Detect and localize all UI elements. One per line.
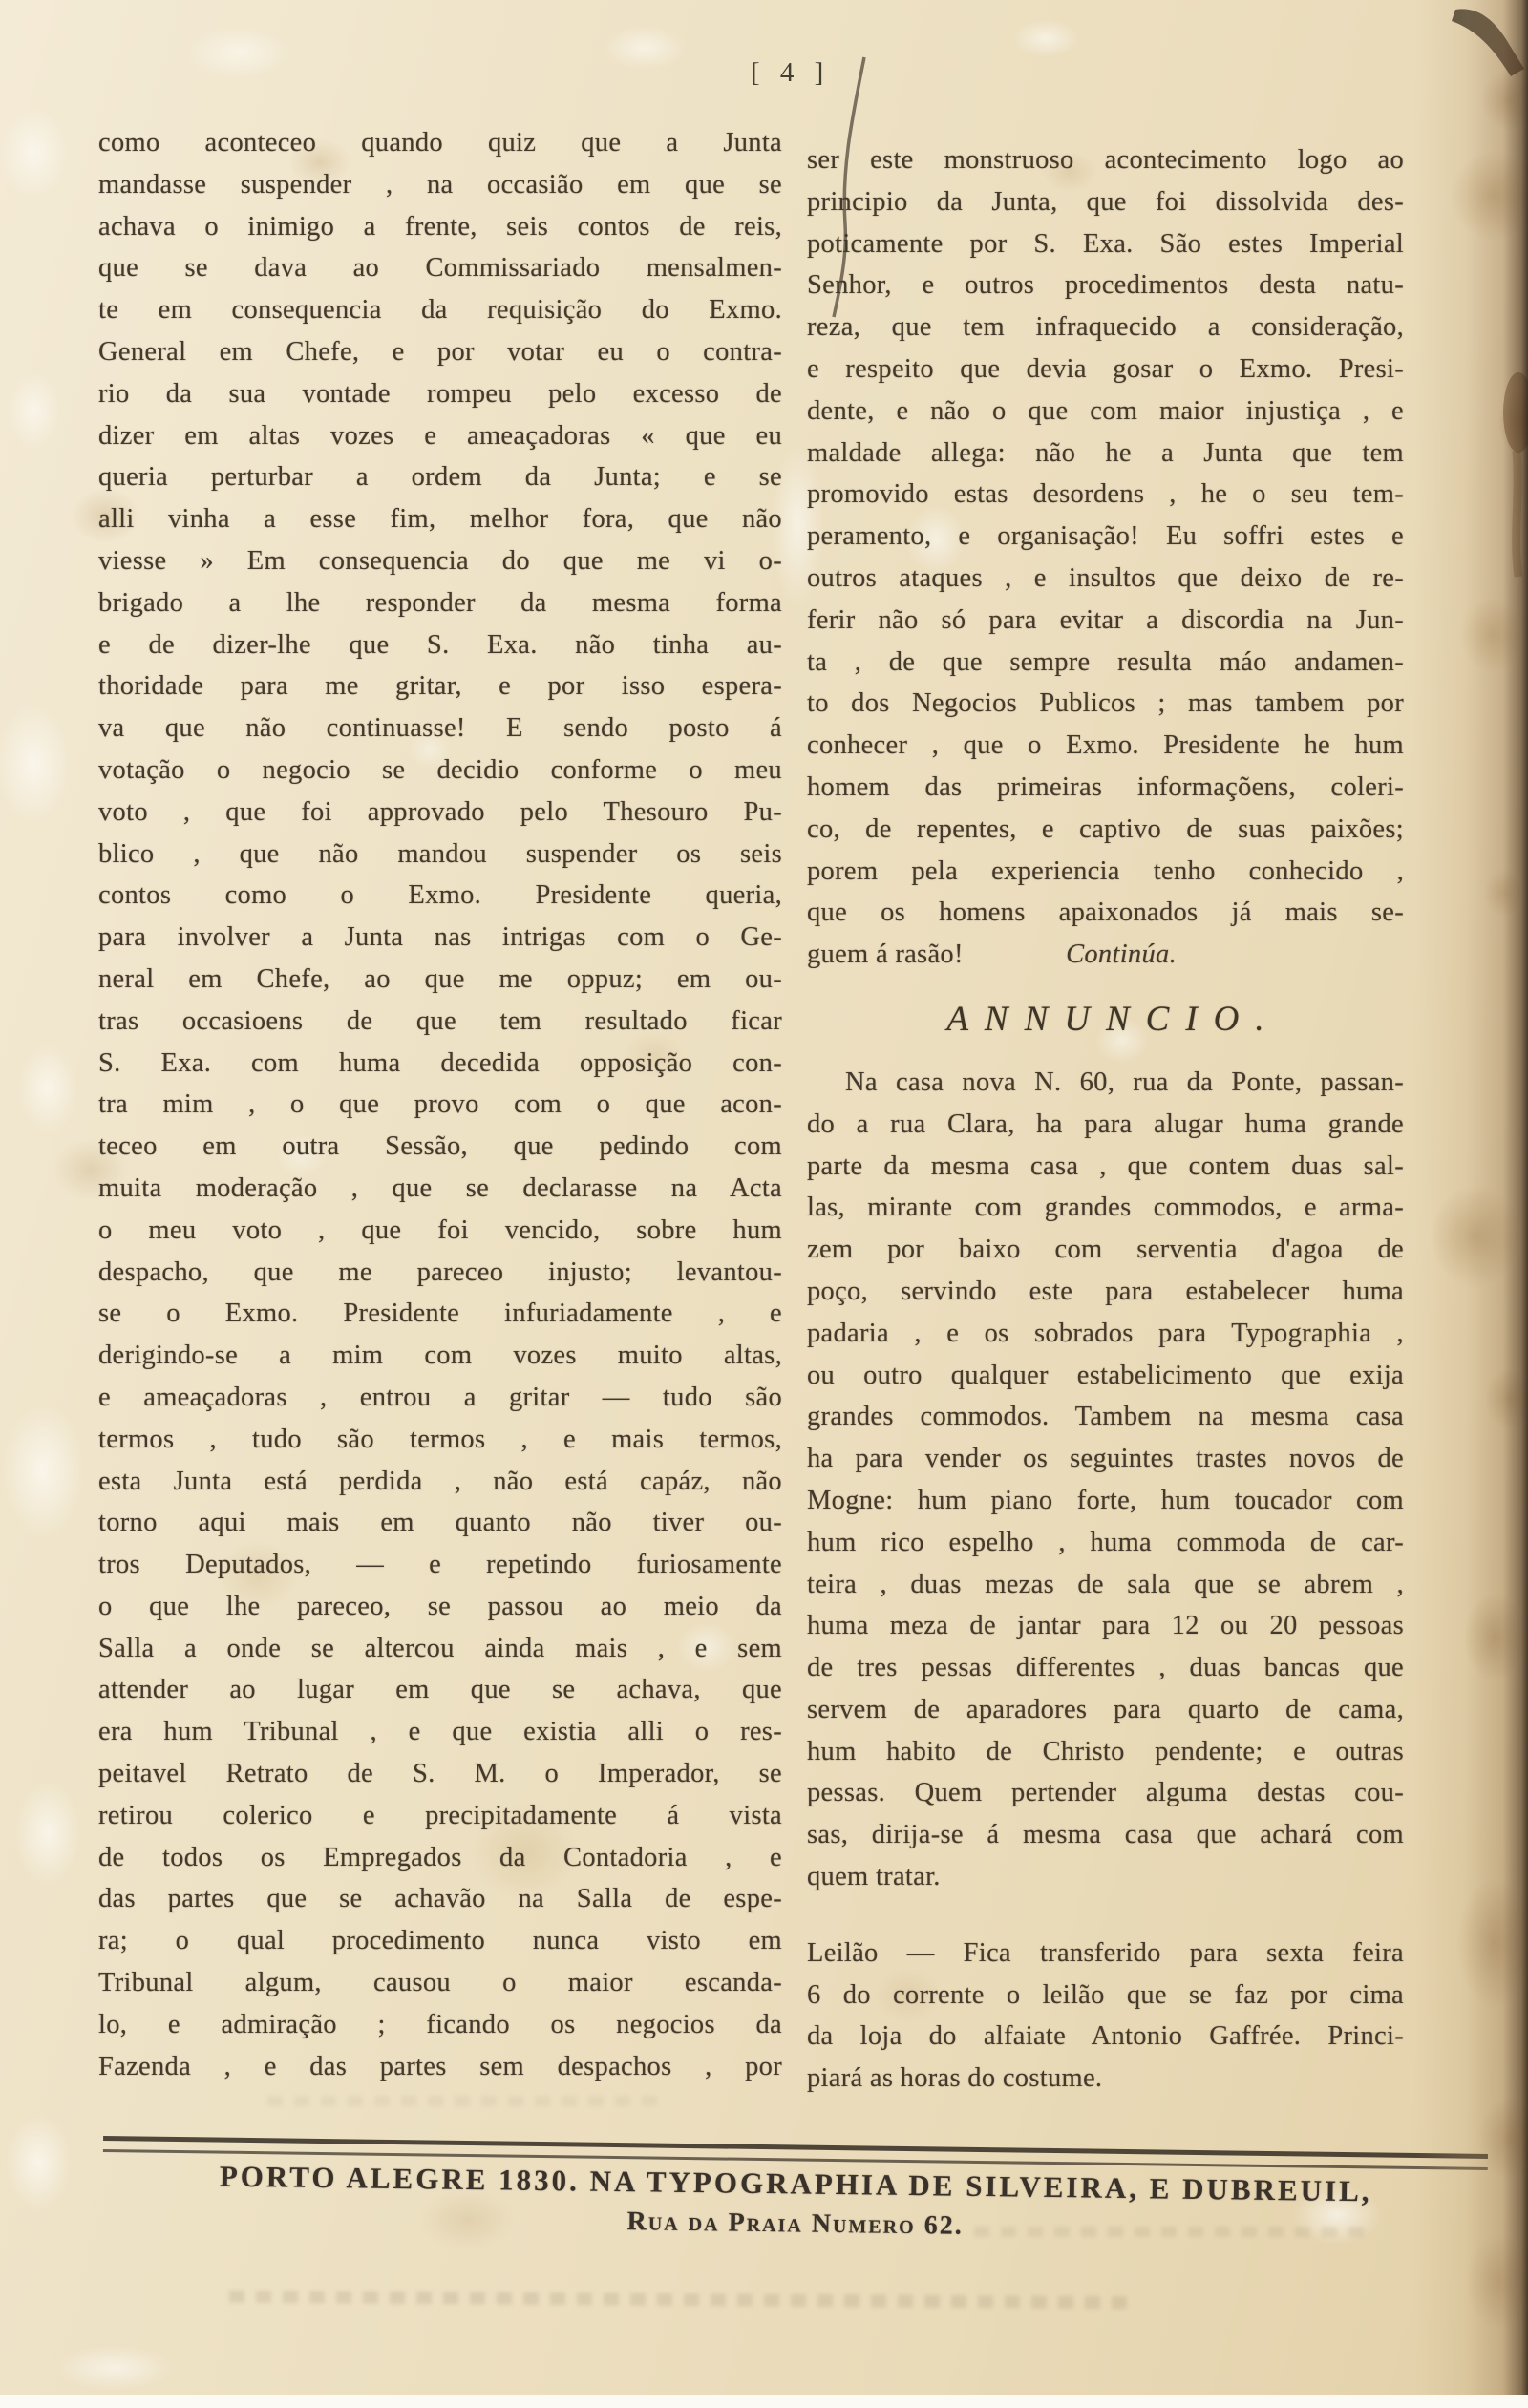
text-line: mandasse suspender , na occasião em que … (98, 164, 782, 206)
text-line: teceo em outra Sessão, que pedindo com (98, 1126, 782, 1168)
edge-stain-blob (1503, 372, 1528, 453)
text-line: derigindo-se a mim com vozes muito altas… (98, 1335, 782, 1377)
text-line: retirou colerico e precipitadamente á vi… (98, 1795, 782, 1837)
text-line: rio da sua vontade rompeu pelo excesso d… (98, 373, 782, 415)
text-line: e respeito que devia gosar o Exmo. Presi… (807, 349, 1404, 391)
text-line: Salla a onde se altercou ainda mais , e … (98, 1628, 782, 1670)
edge-stain-streak (1517, 451, 1518, 577)
text-line: padaria , e os sobrados para Typographia… (807, 1313, 1404, 1355)
left-column: como aconteceo quando quiz que a Juntama… (98, 122, 782, 2087)
text-line: guem á rasão!Continúa. (807, 934, 1404, 976)
text-line: blico , que não mandou suspender os seis (98, 834, 782, 876)
text-line: ser este monstruoso acontecimento logo a… (807, 139, 1404, 181)
text-line: alli vinha a esse fim, melhor fora, que … (98, 498, 782, 540)
text-line: tras occasioens de que tem resultado fic… (98, 1001, 782, 1043)
bleedthrough-text-smudge (229, 2291, 1136, 2310)
text-line: reza, que tem infraquecido a consideraçã… (807, 306, 1404, 349)
text-line: poço, servindo este para estabelecer hum… (807, 1271, 1404, 1313)
text-line: S. Exa. com huma decedida opposição con- (98, 1043, 782, 1085)
text-line: achava o inimigo a frente, seis contos d… (98, 206, 782, 248)
text-line: teira , duas mezas de sala que se abrem … (807, 1564, 1404, 1606)
text-line: piará as horas do costume. (807, 2058, 1404, 2100)
text-line: lo, e admiração ; ficando os negocios da (98, 2004, 782, 2046)
text-line: se o Exmo. Presidente infuriadamente , e (98, 1293, 782, 1335)
text-line: neral em Chefe, ao que me oppuz; em ou- (98, 959, 782, 1001)
text-line: de tres pessas differentes , duas bancas… (807, 1647, 1404, 1689)
text-line: esta Junta está perdida , não está capáz… (98, 1461, 782, 1503)
text-line: principio da Junta, que foi dissolvida d… (807, 181, 1404, 223)
text-line: o meu voto , que foi vencido, sobre hum (98, 1210, 782, 1252)
text-line: huma meza de jantar para 12 ou 20 pessoa… (807, 1605, 1404, 1647)
text-line: Fazenda , e das partes sem despachos , p… (98, 2046, 782, 2088)
text-line: tra mim , o que provo com o que acon- (98, 1084, 782, 1126)
text-line: Senhor, e outros procedimentos desta nat… (807, 264, 1404, 306)
text-line: tros Deputados, — e repetindo furiosamen… (98, 1544, 782, 1586)
text-line: Leilão — Fica transferido para sexta fei… (807, 1933, 1404, 1975)
text-fragment: guem á rasão! (807, 934, 964, 976)
text-line: outros ataques , e insultos que deixo de… (807, 558, 1404, 600)
text-line: voto , que foi approvado pelo Thesouro P… (98, 792, 782, 834)
text-line: e de dizer-lhe que S. Exa. não tinha au- (98, 624, 782, 666)
text-line: sas, dirija-se á mesma casa que achará c… (807, 1814, 1404, 1856)
text-line: ra; o qual procedimento nunca visto em (98, 1920, 782, 1962)
text-line: hum habito de Christo pendente; e outras (807, 1731, 1404, 1773)
text-line: muita moderação , que se declarasse na A… (98, 1168, 782, 1210)
text-line: 6 do corrente o leilão que se faz por ci… (807, 1975, 1404, 2017)
right-column: ser este monstruoso acontecimento logo a… (807, 139, 1404, 2100)
text-line: Mogne: hum piano forte, hum toucador com (807, 1480, 1404, 1522)
text-line: porem pela experiencia tenho conhecido , (807, 851, 1404, 893)
text-line: brigado a lhe responder da mesma forma (98, 582, 782, 624)
text-line: pessas. Quem pertender alguma destas cou… (807, 1772, 1404, 1814)
text-line: te em consequencia da requisição do Exmo… (98, 289, 782, 331)
text-line: despacho, que me pareceo injusto; levant… (98, 1252, 782, 1294)
text-line: thoridade para me gritar, e por isso esp… (98, 665, 782, 708)
text-line: de todos os Empregados da Contadoria , e (98, 1837, 782, 1879)
corner-ink-mark (1452, 9, 1524, 76)
text-line: ferir não só para evitar a discordia na … (807, 600, 1404, 642)
text-line: hum rico espelho , huma commoda de car- (807, 1522, 1404, 1564)
text-line: conhecer , que o Exmo. Presidente he hum (807, 725, 1404, 767)
text-line: General em Chefe, e por votar eu o contr… (98, 331, 782, 373)
text-line: Na casa nova N. 60, rua da Ponte, passan… (807, 1062, 1404, 1104)
text-line: homem das primeiras informaçõens, coleri… (807, 767, 1404, 809)
text-line: como aconteceo quando quiz que a Junta (98, 122, 782, 164)
continua-label: Continúa. (1066, 934, 1177, 976)
bleedthrough-text-smudge (267, 2096, 668, 2106)
text-line: para involver a Junta nas intrigas com o… (98, 917, 782, 959)
text-line: quem tratar. (807, 1856, 1404, 1898)
text-line: las, mirante com grandes commodos, e arm… (807, 1187, 1404, 1229)
text-line: zem por baixo com serventia d'agoa de (807, 1229, 1404, 1271)
text-line: ta , de que sempre resulta máo andamen- (807, 642, 1404, 684)
text-line: votação o negocio se decidio conforme o … (98, 750, 782, 792)
text-line: peramento, e organisação! Eu soffri este… (807, 516, 1404, 558)
text-line: queria perturbar a ordem da Junta; e se (98, 456, 782, 498)
text-line: que se dava ao Commissariado mensalmen- (98, 247, 782, 289)
text-line: parte da mesma casa , que contem duas sa… (807, 1146, 1404, 1188)
text-line: co, de repentes, e captivo de suas paixõ… (807, 809, 1404, 851)
text-line: va que não continuasse! E sendo posto á (98, 708, 782, 750)
text-line: ou outro qualquer estabelicimento que ex… (807, 1355, 1404, 1397)
text-line: to dos Negocios Publicos ; mas tambem po… (807, 683, 1404, 725)
text-line: das partes que se achavão na Salla de es… (98, 1878, 782, 1920)
annuncio-heading: ANNUNCIO. (807, 989, 1404, 1050)
text-line: attender ao lugar em que se achava, que (98, 1669, 782, 1711)
text-line: que os homens apaixonados já mais se- (807, 892, 1404, 934)
text-line: torno aqui mais em quanto não tiver ou- (98, 1502, 782, 1544)
text-line: ha para vender os seguintes trastes novo… (807, 1438, 1404, 1480)
text-line: promovido estas desordens , he o seu tem… (807, 474, 1404, 516)
text-line: da loja do alfaiate Antonio Gaffrée. Pri… (807, 2016, 1404, 2058)
footer: PORTO ALEGRE 1830. NA TYPOGRAPHIA DE SIL… (105, 2158, 1487, 2249)
text-line: Tribunal algum, causou o maior escanda- (98, 1962, 782, 2004)
text-line: dente, e não o que com maior injustiça ,… (807, 391, 1404, 433)
text-line: dizer em altas vozes e ameaçadoras « que… (98, 415, 782, 457)
text-line: era hum Tribunal , e que existia alli o … (98, 1711, 782, 1753)
text-line: do a rua Clara, ha para alugar huma gran… (807, 1104, 1404, 1146)
text-line: o que lhe pareceo, se passou ao meio da (98, 1586, 782, 1628)
text-line: peitavel Retrato de S. M. o Imperador, s… (98, 1753, 782, 1795)
text-line: servem de aparadores para quarto de cama… (807, 1689, 1404, 1731)
text-line: e ameaçadoras , entrou a gritar — tudo s… (98, 1377, 782, 1419)
text-line: viesse » Em consequencia do que me vi o- (98, 540, 782, 582)
text-line: grandes commodos. Tambem na mesma casa (807, 1396, 1404, 1438)
text-line: contos como o Exmo. Presidente queria, (98, 875, 782, 917)
scanner-edge (0, 2395, 1528, 2408)
page-curl-shading (1413, 0, 1528, 2408)
newspaper-page: [ 4 ] como aconteceo quando quiz que a J… (0, 0, 1528, 2408)
text-line: termos , tudo são termos , e mais termos… (98, 1419, 782, 1461)
text-line: maldade allega: não he a Junta que tem (807, 433, 1404, 475)
text-line: poticamente por S. Exa. São estes Imperi… (807, 223, 1404, 265)
page-number: [ 4 ] (751, 57, 830, 89)
